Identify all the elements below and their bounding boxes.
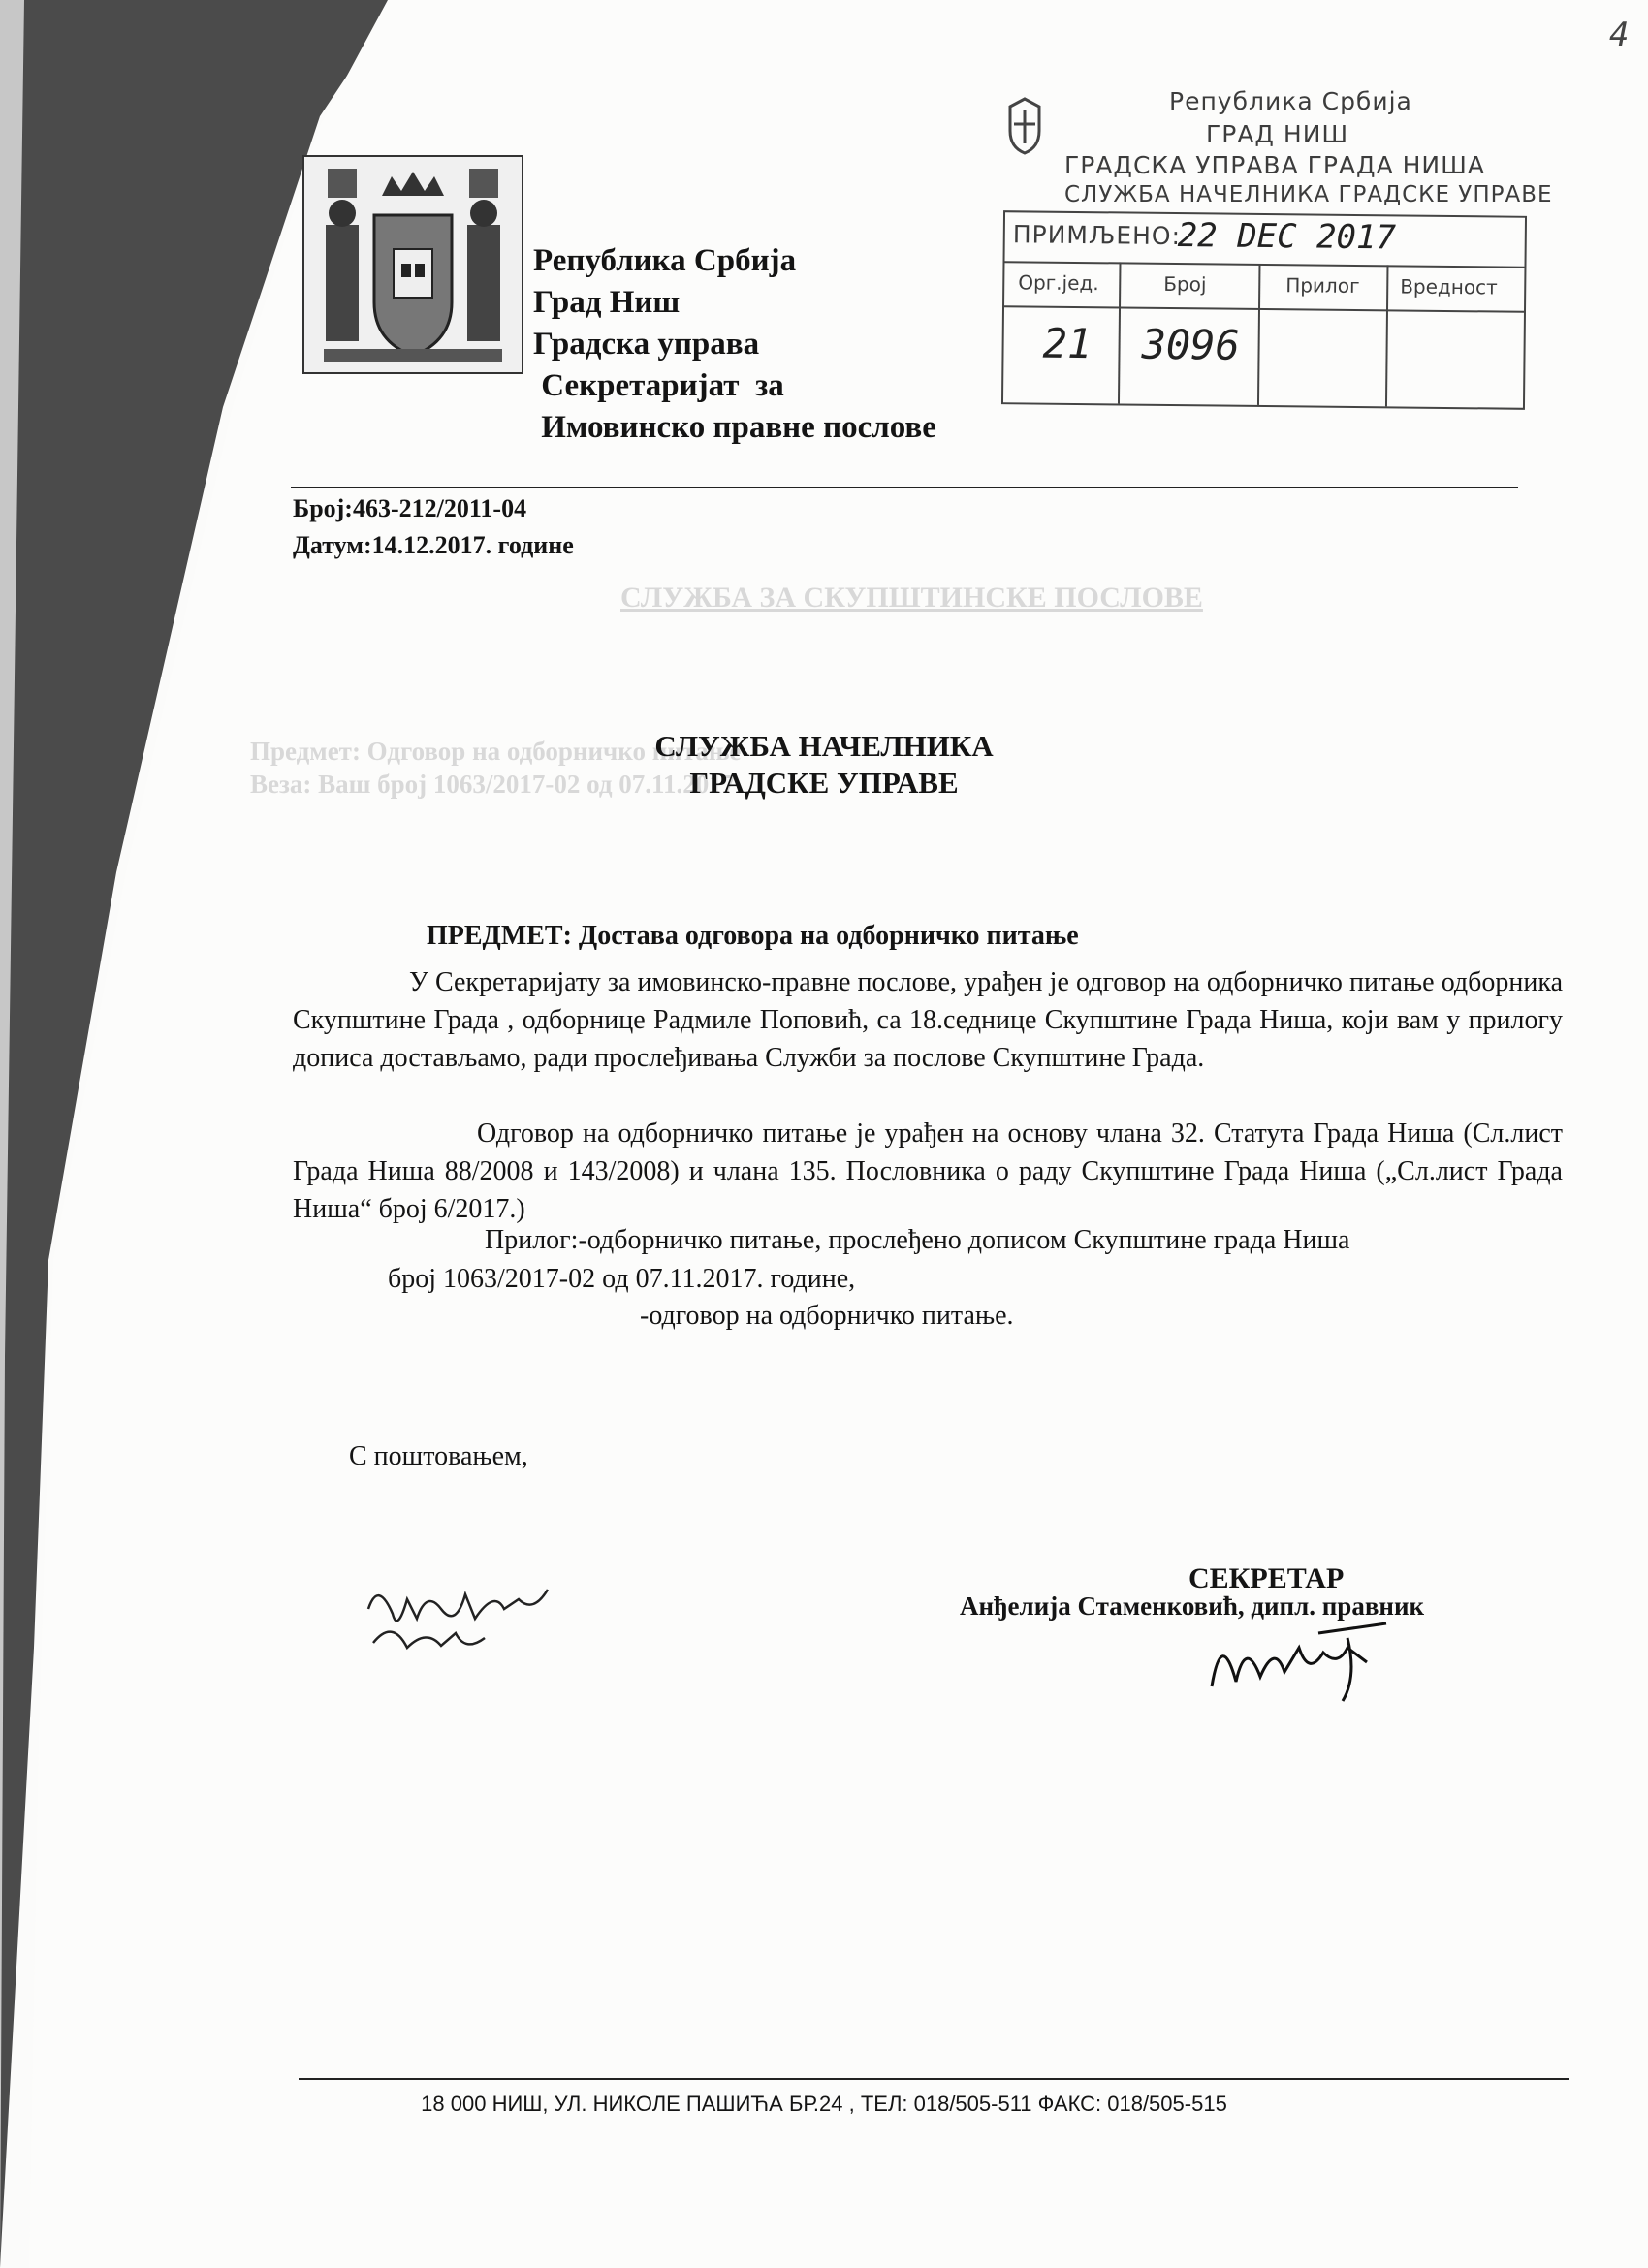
issuer-administration: Градска управа [533,324,936,365]
received-stamp: Република Србија ГРАД НИШ ГРАДСКА УПРАВА… [1002,58,1545,407]
issuer-secretariat: Секретаријат за [533,365,936,407]
issuer-department: Имовинско правне послове [533,407,936,449]
serbian-crest-icon [1002,97,1047,155]
stamp-org-unit-value: 21 [1042,320,1092,368]
footer-divider [299,2078,1569,2080]
stamp-col-attachment: Прилог [1285,273,1360,298]
header-divider [291,487,1518,488]
stamp-line-country: Република Србија [1169,87,1412,115]
page-number-mark: 4 [1609,16,1629,54]
footer-address: 18 000 НИШ, УЛ. НИКОЛЕ ПАШИЋА БР.24 , ТЕ… [0,2092,1648,2117]
recipient-line-1: СЛУЖБА НАЧЕЛНИКА [0,729,1648,764]
stamp-received-date: 22 DEC 2017 [1178,216,1397,257]
stamp-col-org-unit: Орг.јед. [1018,270,1099,295]
stamp-received-label: ПРИМЉЕНО: [1013,220,1181,250]
coat-of-arms-icon [304,157,522,372]
attachment-line-1: Прилог:-одборничко питање, прослеђено до… [485,1225,1349,1256]
signatory-title: СЕКРЕТАР [1188,1562,1344,1595]
attachment-line-3: -одговор на одборничко питање. [640,1301,1014,1332]
subject-line: ПРЕДМЕТ: Достава одговора на одборничко … [427,921,1079,952]
issuer-country: Република Србија [533,240,936,282]
body-paragraph-1: У Секретаријату за имовинско-правне посл… [293,963,1563,1077]
stamp-grid: ПРИМЉЕНО: 22 DEC 2017 Орг.јед. Број Прил… [1001,210,1527,410]
closing-greeting: С поштовањем, [349,1441,528,1472]
stamp-line-administration: ГРАДСКА УПРАВА ГРАДА НИША [1064,151,1485,179]
signature-icon [1202,1609,1396,1706]
issuer-city: Град Ниш [533,282,936,324]
attachment-line-2: број 1063/2017-02 од 07.11.2017. године, [388,1264,855,1295]
stamp-number-value: 3096 [1141,321,1240,369]
handwritten-initials-icon [349,1560,620,1667]
stamp-col-value: Вредност [1400,274,1498,299]
recipient-line-2: ГРАДСКЕ УПРАВЕ [0,766,1648,801]
issuer-block: Република Србија Град Ниш Градска управа… [533,240,936,449]
bleed-through-heading: СЛУЖБА ЗА СКУПШТИНСКЕ ПОСЛОВЕ [620,582,1203,614]
document-number: Број:463-212/2011-04 [293,494,526,523]
document-date: Датум:14.12.2017. године [293,531,574,560]
body-paragraph-2: Одговор на одборничко питање је урађен н… [293,1115,1563,1228]
stamp-line-office: СЛУЖБА НАЧЕЛНИКА ГРАДСКЕ УПРАВЕ [1064,182,1553,207]
stamp-col-number: Број [1163,272,1206,296]
coat-of-arms-logo [302,155,523,374]
stamp-line-city: ГРАД НИШ [1206,120,1348,148]
